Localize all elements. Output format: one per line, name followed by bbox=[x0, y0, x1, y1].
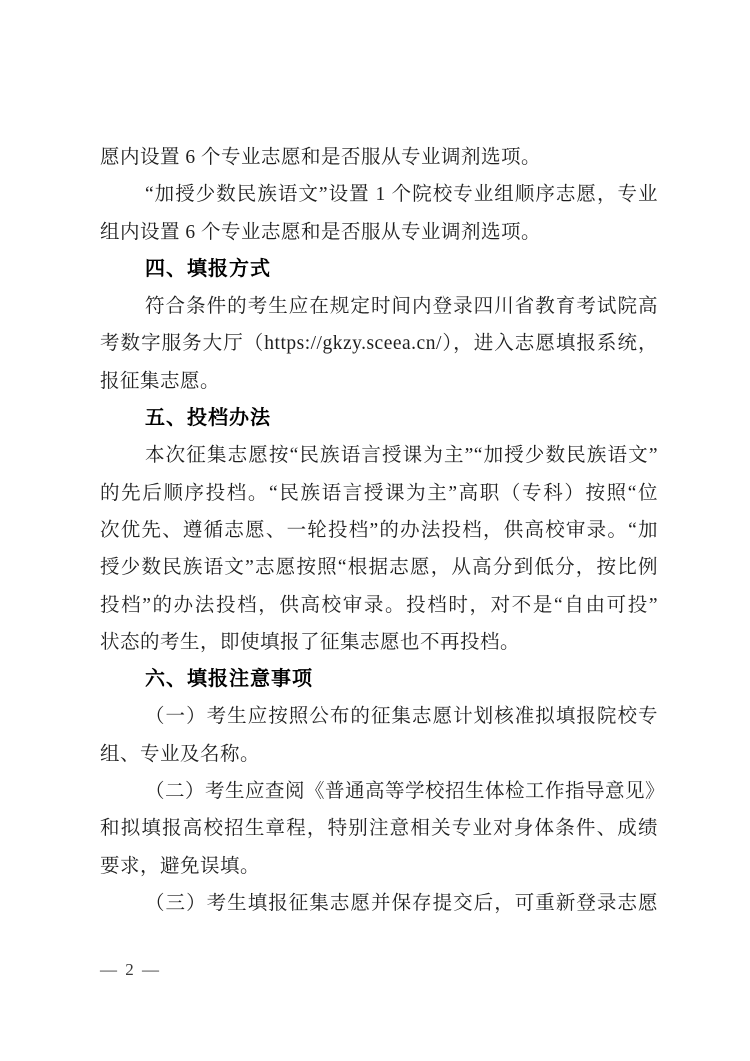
body-line: 投档”的办法投档，供高校审录。投档时，对不是“自由可投” bbox=[100, 587, 658, 624]
body-line: （一）考生应按照公布的征集志愿计划核准拟填报院校专业 bbox=[100, 698, 658, 735]
body-line: 次优先、遵循志愿、一轮投档”的办法投档，供高校审录。“加 bbox=[100, 512, 658, 549]
page-number: — 2 — bbox=[100, 960, 161, 980]
body-line: 本次征集志愿按“民族语言授课为主”“加授少数民族语文” bbox=[100, 437, 658, 474]
document-body: 愿内设置 6 个专业志愿和是否服从专业调剂选项。 “加授少数民族语文”设置 1 … bbox=[100, 139, 658, 922]
body-line: （三）考生填报征集志愿并保存提交后，可重新登录志愿填 bbox=[100, 885, 658, 922]
body-line-with-url: 考数字服务大厅（https://gkzy.sceea.cn/），进入志愿填报系统… bbox=[100, 325, 658, 362]
document-page: 愿内设置 6 个专业志愿和是否服从专业调剂选项。 “加授少数民族语文”设置 1 … bbox=[0, 0, 750, 1061]
body-line: （二）考生应查阅《普通高等学校招生体检工作指导意见》 bbox=[100, 773, 658, 810]
body-line: 状态的考生，即使填报了征集志愿也不再投档。 bbox=[100, 624, 658, 661]
body-line: 报征集志愿。 bbox=[100, 363, 658, 400]
body-line: 的先后顺序投档。“民族语言授课为主”高职（专科）按照“位 bbox=[100, 475, 658, 512]
body-line: 组内设置 6 个专业志愿和是否服从专业调剂选项。 bbox=[100, 214, 658, 251]
section-heading-filing-method: 四、填报方式 bbox=[100, 251, 658, 288]
section-heading-archiving-method: 五、投档办法 bbox=[100, 400, 658, 437]
body-line: 要求，避免误填。 bbox=[100, 848, 658, 885]
body-line: 授少数民族语文”志愿按照“根据志愿，从高分到低分，按比例 bbox=[100, 549, 658, 586]
body-line: “加授少数民族语文”设置 1 个院校专业组顺序志愿，专业 bbox=[100, 176, 658, 213]
body-line: 愿内设置 6 个专业志愿和是否服从专业调剂选项。 bbox=[100, 139, 658, 176]
body-line: 符合条件的考生应在规定时间内登录四川省教育考试院高 bbox=[100, 288, 658, 325]
body-line: 组、专业及名称。 bbox=[100, 736, 658, 773]
section-heading-filing-notes: 六、填报注意事项 bbox=[100, 661, 658, 698]
body-line: 和拟填报高校招生章程，特别注意相关专业对身体条件、成绩等 bbox=[100, 810, 658, 847]
